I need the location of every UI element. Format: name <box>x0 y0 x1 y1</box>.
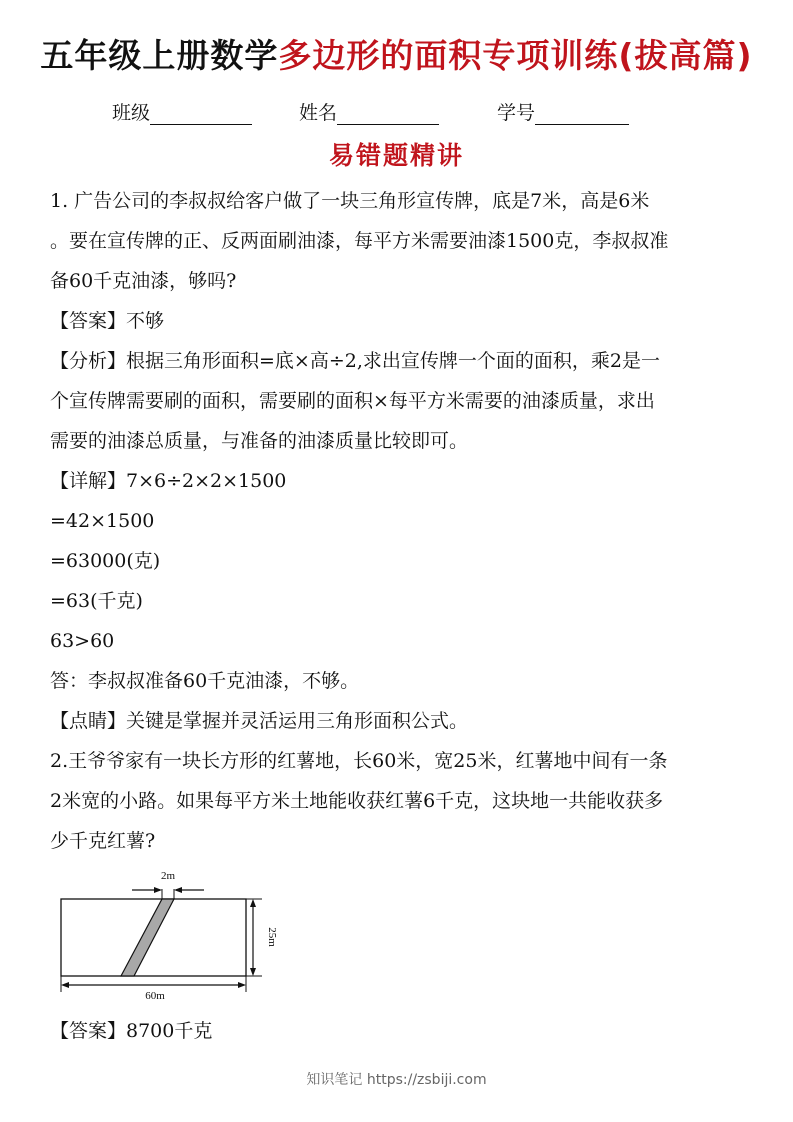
class-blank[interactable] <box>150 104 252 125</box>
question-2-answer: 【答案】8700千克 <box>50 1011 750 1051</box>
solution-line: 答：李叔叔准备60千克油漆，不够。 <box>50 661 750 701</box>
answer-line: 【答案】8700千克 <box>50 1011 750 1051</box>
student-info-row: 班级 姓名 学号 <box>112 98 712 126</box>
analysis-line: 需要的油漆总质量，与准备的油漆质量比较即可。 <box>50 421 750 461</box>
solution-line: 【详解】7×6÷2×2×1500 <box>50 461 750 501</box>
height-label: 25m <box>266 927 277 947</box>
question-text-line: 1. 广告公司的李叔叔给客户做了一块三角形宣传牌，底是7米，高是6米 <box>50 181 750 221</box>
document-title: 五年级上册数学多边形的面积专项训练(拔高篇) <box>0 30 793 77</box>
question-text-line: 。要在宣传牌的正、反两面刷油漆，每平方米需要油漆1500克，李叔叔准 <box>50 221 750 261</box>
section-title: 易错题精讲 <box>0 136 793 172</box>
analysis-line: 【分析】根据三角形面积=底×高÷2,求出宣传牌一个面的面积，乘2是一 <box>50 341 750 381</box>
length-label: 60m <box>145 990 165 1002</box>
solution-line: 63>60 <box>50 621 750 661</box>
answer-line: 【答案】不够 <box>50 301 750 341</box>
question-text-line: 2.王爷爷家有一块长方形的红薯地，长60米，宽25米，红薯地中间有一条 <box>50 741 750 781</box>
class-label: 班级 <box>112 102 150 124</box>
name-label: 姓名 <box>299 102 337 124</box>
road-shape <box>121 899 174 976</box>
title-grade-subject: 五年级上册数学 <box>40 36 278 75</box>
solution-line: =63(千克) <box>50 581 750 621</box>
analysis-line: 个宣传牌需要刷的面积，需要刷的面积×每平方米需要的油漆质量，求出 <box>50 381 750 421</box>
title-topic: 多边形的面积专项训练(拔高篇) <box>278 36 752 75</box>
question-2: 2.王爷爷家有一块长方形的红薯地，长60米，宽25米，红薯地中间有一条 2米宽的… <box>50 741 750 861</box>
solution-line: =42×1500 <box>50 501 750 541</box>
name-field[interactable]: 姓名 <box>299 98 439 125</box>
student-id-blank[interactable] <box>535 104 629 125</box>
tip-line: 【点睛】关键是掌握并灵活运用三角形面积公式。 <box>50 701 750 741</box>
student-id-label: 学号 <box>497 102 535 124</box>
footer-watermark: 知识笔记 https://zsbiji.com <box>0 1069 793 1089</box>
class-field[interactable]: 班级 <box>112 98 252 125</box>
road-width-label: 2m <box>161 870 176 882</box>
question-text-line: 2米宽的小路。如果每平方米土地能收获红薯6千克，这块地一共能收获多 <box>50 781 750 821</box>
question-1: 1. 广告公司的李叔叔给客户做了一块三角形宣传牌，底是7米，高是6米 。要在宣传… <box>50 181 750 741</box>
field-road-diagram: 2m 25m 60m <box>52 862 277 1007</box>
solution-line: =63000(克) <box>50 541 750 581</box>
student-id-field[interactable]: 学号 <box>497 98 629 125</box>
question-text-line: 少千克红薯? <box>50 821 750 861</box>
name-blank[interactable] <box>337 104 439 125</box>
question-text-line: 备60千克油漆，够吗? <box>50 261 750 301</box>
